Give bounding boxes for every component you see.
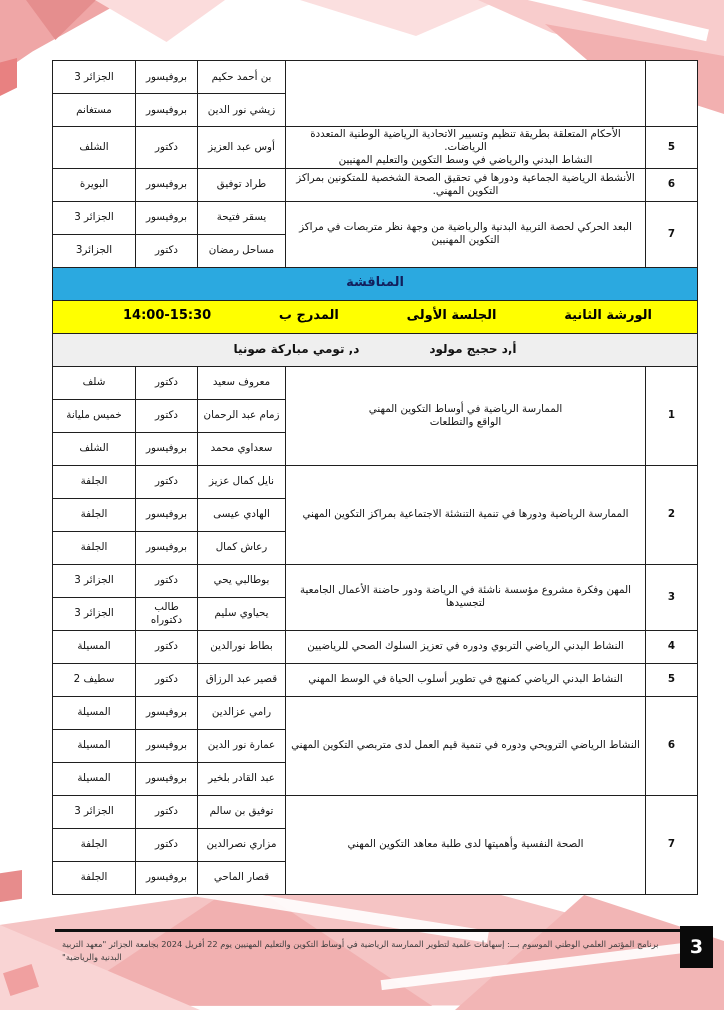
topic-cell: البعد الحركي لحصة التربية البدنية والريا… xyxy=(286,201,646,267)
speaker-title-cell: دكتور xyxy=(136,564,198,597)
topic-cell xyxy=(286,61,646,127)
speaker-name-cell: يسقر فتيحة xyxy=(198,201,286,234)
speaker-place-cell: الجزائر 3 xyxy=(53,564,136,597)
speaker-name-cell: بن أحمد حكيم xyxy=(198,61,286,94)
speaker-name-cell: مساحل رمضان xyxy=(198,234,286,267)
speaker-name-cell: مزاري نصرالدين xyxy=(198,828,286,861)
row-number-cell: 6 xyxy=(646,168,698,201)
speaker-place-cell: مستغانم xyxy=(53,94,136,127)
speaker-place-cell: الجزائر 3 xyxy=(53,795,136,828)
hall-label: المدرج ب xyxy=(279,308,339,324)
speaker-title-cell: بروفيسور xyxy=(136,861,198,894)
speaker-title-cell: دكتور xyxy=(136,663,198,696)
speaker-title-cell: دكتور xyxy=(136,234,198,267)
moderators: أ,د حجيج مولود د, تومي مباركة صونيا xyxy=(53,342,697,357)
speaker-name-cell: يحياوي سليم xyxy=(198,597,286,630)
moderators-row: أ,د حجيج مولود د, تومي مباركة صونيا xyxy=(53,333,698,366)
speaker-place-cell: الشلف xyxy=(53,432,136,465)
row-number-cell: 1 xyxy=(646,366,698,465)
speaker-place-cell: الجزائر3 xyxy=(53,234,136,267)
table-row: 3 المهن وفكرة مشروع مؤسسة ناشئة في الريا… xyxy=(53,564,698,597)
topic-cell: النشاط البدني الرياضي كمنهج في تطوير أسل… xyxy=(286,663,646,696)
table-row: 6 الأنشطة الرياضية الجماعية ودورها في تح… xyxy=(53,168,698,201)
speaker-title-cell: بروفيسور xyxy=(136,498,198,531)
edge-decoration-shape xyxy=(0,58,17,96)
row-number-cell: 6 xyxy=(646,696,698,795)
speaker-title-cell: بروفيسور xyxy=(136,168,198,201)
speaker-name-cell: عبد القادر بلخير xyxy=(198,762,286,795)
speaker-name-cell: عمارة نور الدين xyxy=(198,729,286,762)
speaker-place-cell: الشلف xyxy=(53,127,136,169)
speaker-name-cell: زمام عبد الرحمان xyxy=(198,399,286,432)
speaker-title-cell: دكتور xyxy=(136,630,198,663)
row-number-cell: 5 xyxy=(646,663,698,696)
topic-cell: النشاط الرياضي الترويحي ودوره في تنمية ق… xyxy=(286,696,646,795)
table-row: 5 النشاط البدني الرياضي كمنهج في تطوير أ… xyxy=(53,663,698,696)
speaker-name-cell: بوطالبي يحي xyxy=(198,564,286,597)
speaker-name-cell: طراد توفيق xyxy=(198,168,286,201)
table-row: 7 الصحة النفسية وأهميتها لدى طلبة معاهد … xyxy=(53,795,698,828)
speaker-place-cell: الجلفة xyxy=(53,828,136,861)
row-number-cell: 3 xyxy=(646,564,698,630)
table-row: 7 البعد الحركي لحصة التربية البدنية والر… xyxy=(53,201,698,234)
table-row: 4 النشاط البدني الرياضي التربوي ودوره في… xyxy=(53,630,698,663)
topic-cell: المهن وفكرة مشروع مؤسسة ناشئة في الرياضة… xyxy=(286,564,646,630)
speaker-title-cell: طالب دكتوراه xyxy=(136,597,198,630)
speaker-place-cell: المسيلة xyxy=(53,762,136,795)
speaker-name-cell: قصار الماحي xyxy=(198,861,286,894)
speaker-title-cell: بروفيسور xyxy=(136,432,198,465)
speaker-title-cell: دكتور xyxy=(136,828,198,861)
speaker-title-cell: بروفيسور xyxy=(136,762,198,795)
topic-cell: الأحكام المتعلقة بطريقة تنظيم وتسيير الا… xyxy=(286,127,646,169)
session-header-cell: الورشة الثانية الجلسة الأولى المدرج ب 14… xyxy=(53,300,698,333)
speaker-title-cell: بروفيسور xyxy=(136,696,198,729)
speaker-title-cell: بروفيسور xyxy=(136,94,198,127)
speaker-name-cell: الهادي عيسى xyxy=(198,498,286,531)
speaker-name-cell: سعداوي محمد xyxy=(198,432,286,465)
speaker-place-cell: الجلفة xyxy=(53,498,136,531)
speaker-place-cell: خميس مليانة xyxy=(53,399,136,432)
row-number-cell: 7 xyxy=(646,201,698,267)
table-row: 6 النشاط الرياضي الترويحي ودوره في تنمية… xyxy=(53,696,698,729)
speaker-title-cell: دكتور xyxy=(136,366,198,399)
time-label: 14:00-15:30 xyxy=(123,308,211,324)
speaker-name-cell: معروف سعيد xyxy=(198,366,286,399)
row-number-cell: 2 xyxy=(646,465,698,564)
workshop-label: الورشة الثانية xyxy=(564,308,652,324)
speaker-name-cell: رعاش كمال xyxy=(198,531,286,564)
topic-line: الأحكام المتعلقة بطريقة تنظيم وتسيير الا… xyxy=(289,128,642,154)
session-header: الورشة الثانية الجلسة الأولى المدرج ب 14… xyxy=(53,308,697,324)
row-number-cell: 4 xyxy=(646,630,698,663)
row-number-cell: 7 xyxy=(646,795,698,894)
edge-decoration-shape xyxy=(0,870,22,902)
speaker-title-cell: دكتور xyxy=(136,127,198,169)
speaker-place-cell: الجزائر 3 xyxy=(53,201,136,234)
topic-line: الواقع والتطلعات xyxy=(289,416,642,429)
moderator-name: أ,د حجيج مولود xyxy=(429,342,516,357)
footer-divider xyxy=(55,929,682,932)
speaker-name-cell: رامي عزالدين xyxy=(198,696,286,729)
table-row: بن أحمد حكيم بروفيسور الجزائر 3 xyxy=(53,61,698,94)
speaker-place-cell: المسيلة xyxy=(53,729,136,762)
document-page: بن أحمد حكيم بروفيسور الجزائر 3 زيشي نور… xyxy=(0,0,724,1024)
speaker-title-cell: بروفيسور xyxy=(136,729,198,762)
topic-cell: الصحة النفسية وأهميتها لدى طلبة معاهد ال… xyxy=(286,795,646,894)
table-row: 5 الأحكام المتعلقة بطريقة تنظيم وتسيير ا… xyxy=(53,127,698,169)
speaker-name-cell: توفيق بن سالم xyxy=(198,795,286,828)
speaker-title-cell: بروفيسور xyxy=(136,61,198,94)
speaker-place-cell: المسيلة xyxy=(53,630,136,663)
topic-cell: الممارسة الرياضية في أوساط التكوين المهن… xyxy=(286,366,646,465)
session-header-row: الورشة الثانية الجلسة الأولى المدرج ب 14… xyxy=(53,300,698,333)
speaker-place-cell: شلف xyxy=(53,366,136,399)
speaker-place-cell: المسيلة xyxy=(53,696,136,729)
session-label: الجلسة الأولى xyxy=(407,308,497,324)
speaker-name-cell: أوس عبد العزيز xyxy=(198,127,286,169)
speaker-place-cell: الجزائر 3 xyxy=(53,61,136,94)
speaker-title-cell: بروفيسور xyxy=(136,201,198,234)
speaker-place-cell: الجلفة xyxy=(53,861,136,894)
table-row: 2 الممارسة الرياضية ودورها في تنمية التن… xyxy=(53,465,698,498)
table-row: 1 الممارسة الرياضية في أوساط التكوين الم… xyxy=(53,366,698,399)
speaker-name-cell: بطاط نورالدين xyxy=(198,630,286,663)
speaker-title-cell: دكتور xyxy=(136,465,198,498)
speaker-place-cell: البويرة xyxy=(53,168,136,201)
topic-line: الممارسة الرياضية في أوساط التكوين المهن… xyxy=(289,403,642,416)
topic-cell: الممارسة الرياضية ودورها في تنمية التنشئ… xyxy=(286,465,646,564)
speaker-title-cell: دكتور xyxy=(136,399,198,432)
row-number-cell xyxy=(646,61,698,127)
top-decoration-triangle xyxy=(300,0,500,36)
discussion-banner-row: المناقشة xyxy=(53,267,698,300)
topic-cell: الأنشطة الرياضية الجماعية ودورها في تحقي… xyxy=(286,168,646,201)
speaker-place-cell: الجلفة xyxy=(53,531,136,564)
discussion-banner: المناقشة xyxy=(53,267,698,300)
row-number-cell: 5 xyxy=(646,127,698,169)
speaker-place-cell: الجزائر 3 xyxy=(53,597,136,630)
speaker-title-cell: دكتور xyxy=(136,795,198,828)
topic-line: النشاط البدني والرياضي في وسط التكوين وا… xyxy=(289,154,642,167)
footer-text: برنامج المؤتمر العلمي الوطني الموسوم بــ… xyxy=(62,938,678,964)
speaker-name-cell: زيشي نور الدين xyxy=(198,94,286,127)
moderators-cell: أ,د حجيج مولود د, تومي مباركة صونيا xyxy=(53,333,698,366)
speaker-place-cell: الجلفة xyxy=(53,465,136,498)
topic-cell: النشاط البدني الرياضي التربوي ودوره في ت… xyxy=(286,630,646,663)
speaker-title-cell: بروفيسور xyxy=(136,531,198,564)
page-number-badge: 3 xyxy=(680,926,713,968)
speaker-place-cell: سطيف 2 xyxy=(53,663,136,696)
moderator-name: د, تومي مباركة صونيا xyxy=(233,342,359,357)
speaker-name-cell: نايل كمال عزيز xyxy=(198,465,286,498)
speaker-name-cell: قصير عبد الرزاق xyxy=(198,663,286,696)
conference-program-table: بن أحمد حكيم بروفيسور الجزائر 3 زيشي نور… xyxy=(52,60,698,895)
